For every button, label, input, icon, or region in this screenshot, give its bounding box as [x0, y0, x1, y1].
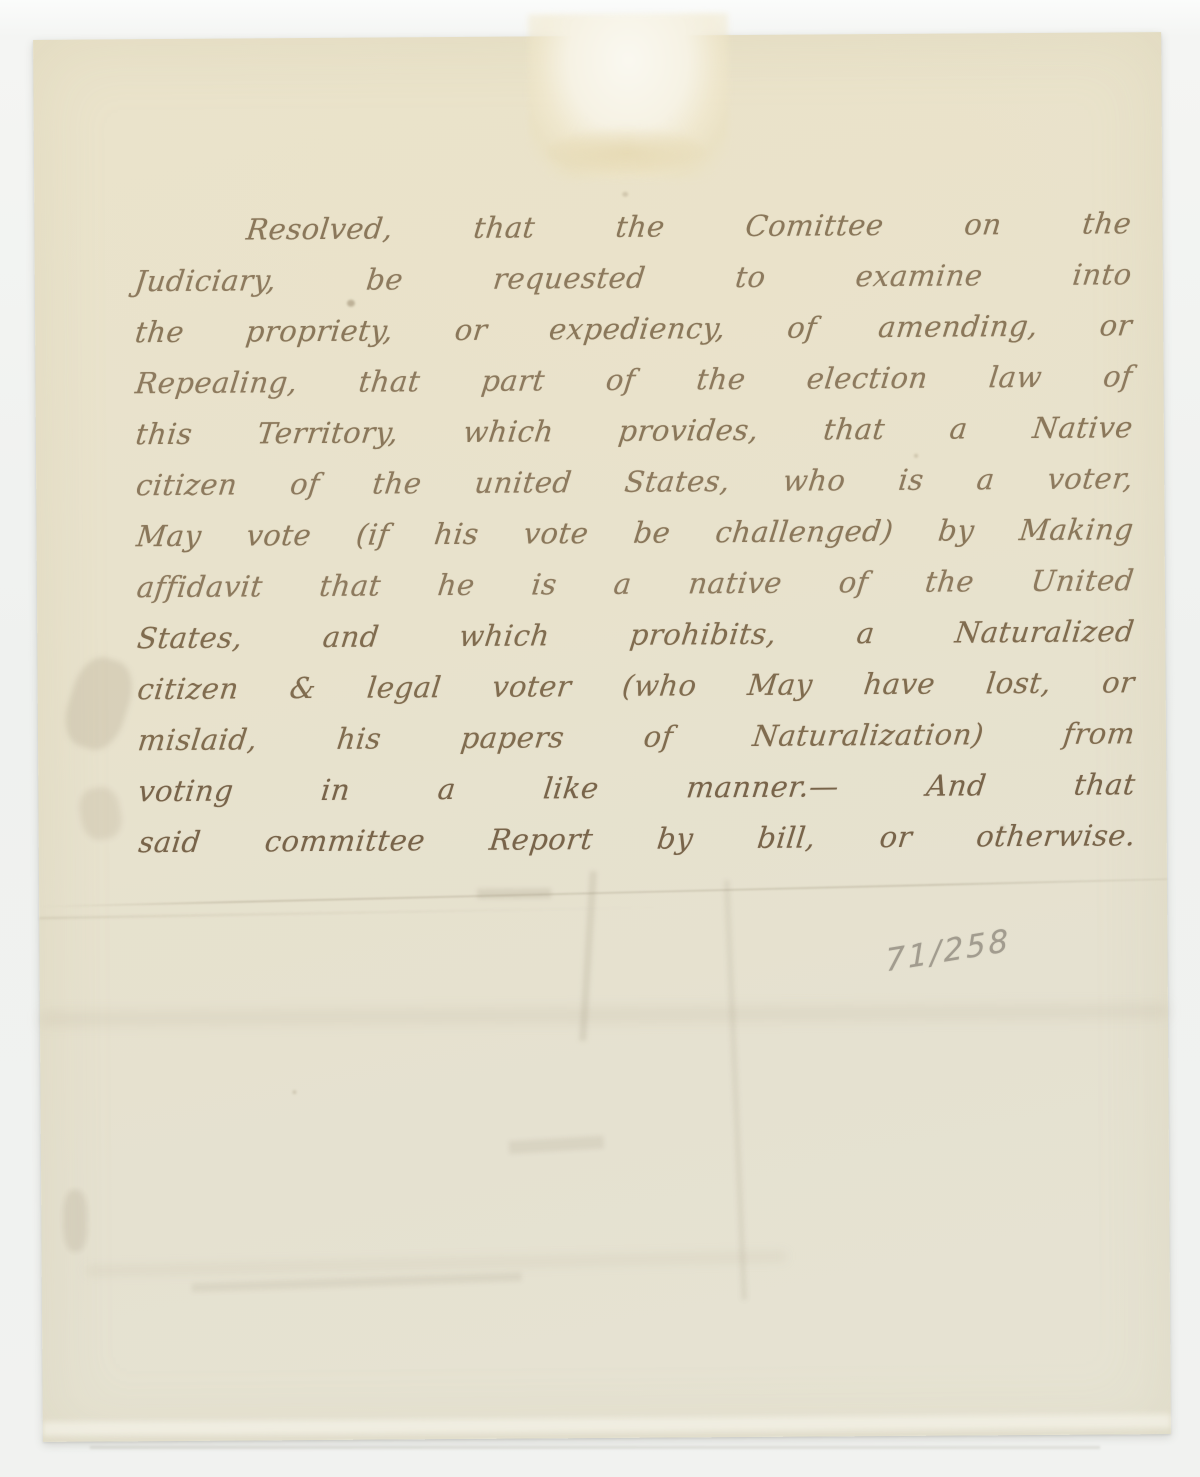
fold-crease-upper-left	[39, 906, 659, 919]
handwriting-line-13: said committee Report by bill, or otherw…	[136, 810, 1139, 868]
foxing-speck	[622, 192, 628, 197]
margin-smudge	[63, 1190, 87, 1252]
bottom-edge-highlight	[43, 1414, 1171, 1436]
ink-bleedthrough-mark	[509, 1136, 605, 1155]
handwriting-line-9: States, and which prohibits, a Naturaliz…	[134, 606, 1137, 664]
fold-crease-lower	[87, 1252, 786, 1276]
handwriting-line-1: Resolved, that the Comittee on the	[132, 198, 1135, 256]
handwriting-line-2: Judiciary, be requested to examine into	[132, 249, 1135, 307]
foxing-speck	[292, 1090, 296, 1094]
handwriting-line-8: affidavit that he is a native of the Uni…	[134, 555, 1137, 613]
ink-bleedthrough-mark	[192, 1272, 522, 1292]
handwriting-line-6: citizen of the united States, who is a v…	[133, 453, 1136, 511]
foxing-speck	[1001, 825, 1005, 829]
ink-bleedthrough-mark	[724, 880, 748, 1300]
handwriting-line-4: Repealing, that part of the election law…	[133, 351, 1136, 409]
handwriting-line-7: May vote (if his vote be challenged) by …	[134, 504, 1137, 562]
handwriting-line-12: voting in a like manner.— And that	[135, 759, 1138, 817]
margin-smudge	[76, 784, 125, 842]
scan-background: Resolved, that the Comittee on the Judic…	[0, 0, 1200, 1477]
handwriting-line-5: this Territory, which provides, that a N…	[133, 402, 1136, 460]
fold-crease-middle	[40, 1004, 1168, 1026]
ink-bleedthrough-mark	[477, 888, 551, 899]
foxing-speck	[914, 454, 918, 458]
foxing-speck	[347, 300, 355, 307]
margin-smudge	[57, 651, 140, 756]
fold-crease-upper	[39, 878, 1167, 908]
handwriting-line-10: citizen & legal voter (who May have lost…	[135, 657, 1138, 715]
manuscript-page: Resolved, that the Comittee on the Judic…	[33, 32, 1171, 1442]
backing-sheet-edge	[90, 1446, 1100, 1449]
handwritten-text-block: Resolved, that the Comittee on the Judic…	[134, 198, 1136, 868]
handwriting-line-11: mislaid, his papers of Naturalization) f…	[135, 708, 1138, 766]
handwriting-line-3: the propriety, or expediency, of amendin…	[132, 300, 1135, 358]
pencil-annotation: 71/258	[885, 915, 1054, 979]
